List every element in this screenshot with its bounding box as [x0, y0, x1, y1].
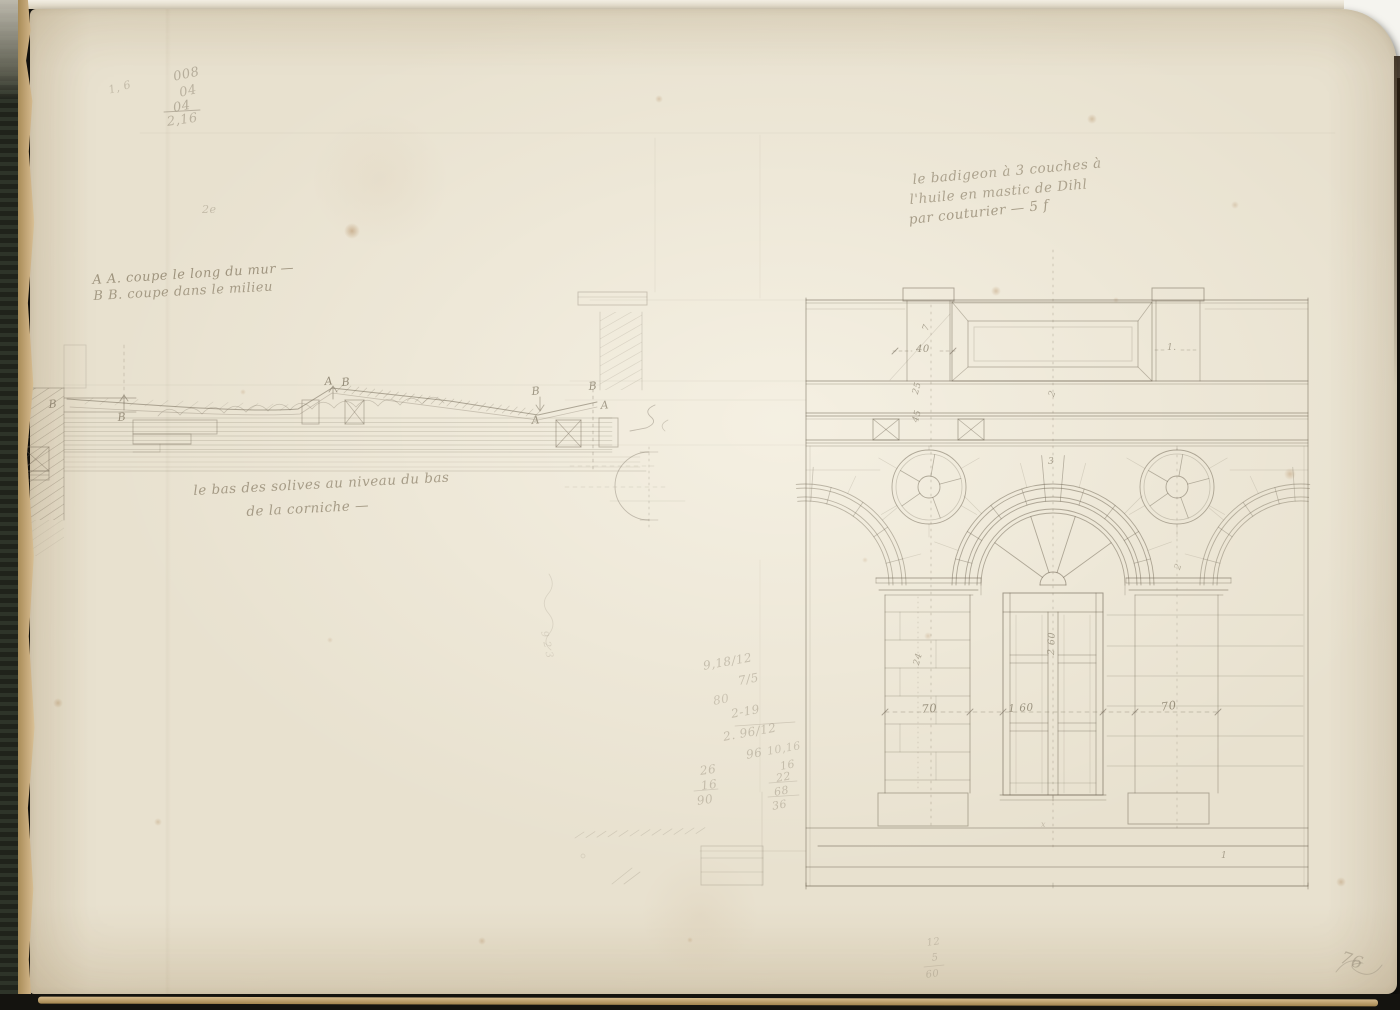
- misc-sketches: [544, 288, 806, 886]
- album-scan-scene: 00804042,161, 62eA A. coupe le long du m…: [0, 0, 1400, 1010]
- right-edge-shadow: [1394, 56, 1400, 386]
- section-drawing: [22, 345, 646, 565]
- drawing-canvas: [0, 0, 1400, 1010]
- construction-lines: [64, 133, 1335, 792]
- facade-elevation-drawing: [796, 250, 1310, 889]
- dimension-marks: [882, 348, 1221, 715]
- handwriting-strokes: [164, 110, 1382, 974]
